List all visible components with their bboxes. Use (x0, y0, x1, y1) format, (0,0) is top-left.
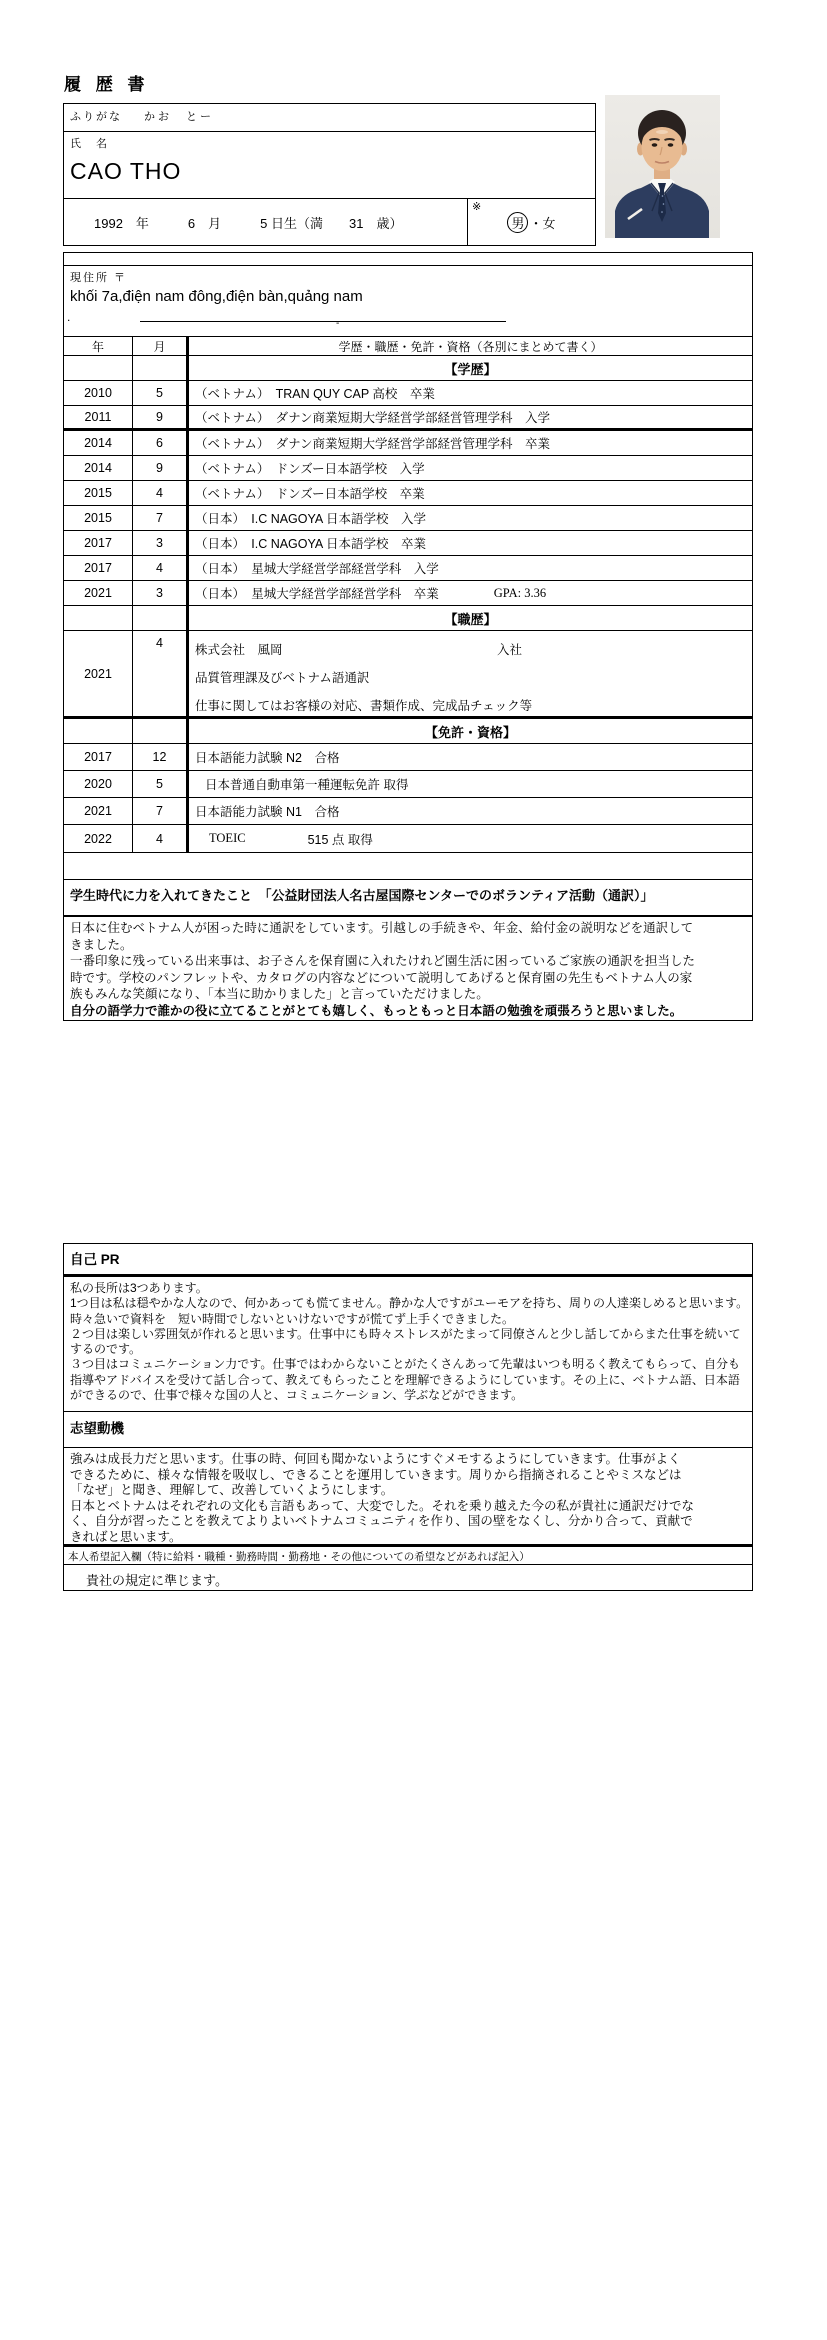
resume-page: 履 歴 書 ふりがなかお とー 氏 名 CAO THO 1992 年 6 月 5… (0, 0, 827, 2340)
furigana-label: ふりがな (70, 111, 122, 123)
month-cell: 4 (133, 556, 189, 580)
work-detail-line: 品質管理課及びベトナム語通訳 (195, 664, 752, 692)
paragraph-line: 一番印象に残っている出来事は、お子さんを保育園に入れたけれど園生活に困っているご… (70, 953, 746, 970)
table-row: 20149（ベトナム） ドンズー日本語学校 入学 (64, 456, 752, 481)
table-row: 20157（日本） I.C NAGOYA 日本語学校 入学 (64, 506, 752, 531)
entry-cell: 【学歴】 (189, 356, 752, 380)
year-cell: 2017 (64, 531, 133, 555)
month-cell: 3 (133, 581, 189, 605)
month-cell: 5 (133, 771, 189, 797)
paragraph-line: ができるので、仕事で様々な国の人と、コミュニケーション、学ぶなどができます。 (70, 1388, 746, 1403)
portrait-photo (605, 95, 720, 238)
address-value: khối 7a,điện nam đông,điện bàn,quảng nam (70, 288, 746, 305)
month-cell: 3 (133, 531, 189, 555)
entry-cell: 株式会社 風岡入社品質管理課及びベトナム語通訳仕事に関してはお客様の対応、書類作… (189, 631, 752, 716)
table-row: 20146（ベトナム） ダナン商業短期大学経営学部経営管理学科 卒業 (64, 431, 752, 456)
gender-female: 女 (543, 216, 556, 231)
table-row: 20119（ベトナム） ダナン商業短期大学経営学部経営管理学科 入学 (64, 406, 752, 431)
year-cell: 2015 (64, 481, 133, 505)
empty-row (63, 853, 753, 880)
year-cell: 2017 (64, 556, 133, 580)
furigana-row: ふりがなかお とー (64, 104, 595, 132)
year-cell: 2015 (64, 506, 133, 530)
motivation-paragraph: 強みは成長力だと思います。仕事の時、何回も聞かないようにすぐメモするようにしてい… (63, 1448, 753, 1547)
month-cell: 9 (133, 456, 189, 480)
gender-male-circled: 男 (507, 212, 528, 233)
gender-options: 男・女 (507, 212, 555, 233)
year-cell: 2022 (64, 825, 133, 852)
entry-cell: （ベトナム） ダナン商業短期大学経営学部経営管理学科 入学 (189, 406, 752, 428)
paragraph-line: ３つ目はコミュニケーション力です。仕事ではわからないことがたくさんあって先輩はい… (70, 1357, 746, 1372)
gender-cell: ※ 男・女 (468, 199, 595, 245)
table-header-row: 年 月 学歴・職歴・免許・資格（各別にまとめて書く） (64, 337, 752, 356)
entry-cell: （ベトナム） ドンズー日本語学校 卒業 (189, 481, 752, 505)
month-column-header: 月 (133, 337, 189, 355)
month-cell: 7 (133, 798, 189, 824)
paragraph-line: 日本に住むベトナム人が困った時に通訳をしています。引越しの手続きや、年金、給付金… (70, 920, 746, 937)
personal-request-label: 本人希望記入欄（特に給料・職種・勤務時間・勤務地・その他についての希望などがあれ… (63, 1547, 753, 1565)
gender-separator: ・ (529, 216, 542, 231)
paragraph-line: 時々急いで資料を 短い時間でしないといけないですが慌てず上手くできました。 (70, 1312, 746, 1327)
name-value: CAO THO (70, 158, 589, 185)
year-cell (64, 606, 133, 630)
entry-cell: （ベトナム） ドンズー日本語学校 入学 (189, 456, 752, 480)
spacer-row (63, 252, 753, 266)
paragraph-line: 日本とベトナムはそれぞれの文化も言語もあって、大変でした。それを乗り越えた今の私… (70, 1499, 746, 1515)
entry-cell: 日本普通自動車第一種運転免許 取得 (189, 771, 752, 797)
entry-cell: 日本語能力試験 N1 合格 (189, 798, 752, 824)
activity-section-header: 学生時代に力を入れてきたこと 「公益財団法人名古屋国際センターでのボランティア活… (63, 880, 753, 917)
paragraph-line: ２つ目は楽しい雰囲気が作れると思います。仕事中にも時々ストレスがたまって同僚さん… (70, 1327, 746, 1342)
furigana-value: かお とー (144, 111, 214, 123)
work-detail-line: 株式会社 風岡入社 (195, 636, 752, 664)
table-row: 20213（日本） 星城大学経営学部経営学科 卒業GPA: 3.36 (64, 581, 752, 606)
address-underline (140, 321, 506, 322)
work-detail-line: 仕事に関してはお客様の対応、書類作成、完成品チェック等 (195, 692, 752, 716)
entry-cell: （ベトナム） ダナン商業短期大学経営学部経営管理学科 卒業 (189, 431, 752, 455)
month-cell: 9 (133, 406, 189, 428)
entry-cell: （日本） 星城大学経営学部経営学科 入学 (189, 556, 752, 580)
year-cell: 2020 (64, 771, 133, 797)
table-row: 20205日本普通自動車第一種運転免許 取得 (64, 771, 752, 798)
forehead-highlight (656, 130, 668, 134)
year-cell (64, 356, 133, 380)
month-cell: 4 (133, 825, 189, 852)
month-cell: 12 (133, 744, 189, 770)
year-cell: 2021 (64, 798, 133, 824)
paragraph-line: 族もみんな笑顔になり、「本当に助かりました」と言っていただけました。 (70, 986, 746, 1003)
paragraph-line: 時です。学校のパンフレットや、カタログの内容などについて説明してあげると保育園の… (70, 970, 746, 987)
paragraph-line: 「なぜ」と聞き、理解して、改善していくようにします。 (70, 1483, 746, 1499)
year-cell (64, 719, 133, 743)
birthdate-text: 1992 年 6 月 5 日生（満 31 歳） (64, 199, 468, 245)
tie-dot (661, 211, 663, 213)
year-column-header: 年 (64, 337, 133, 355)
activity-bold-line: 自分の語学力で誰かの役に立てることがとても嬉しく、もっともっと日本語の勉強を頑張… (70, 1003, 746, 1020)
tie-dot (663, 203, 665, 205)
entry-cell: （日本） I.C NAGOYA 日本語学校 卒業 (189, 531, 752, 555)
table-section-row: 【職歴】 (64, 606, 752, 631)
table-row: 20214株式会社 風岡入社品質管理課及びベトナム語通訳仕事に関してはお客様の対… (64, 631, 752, 719)
table-row: 201712日本語能力試験 N2 合格 (64, 744, 752, 771)
activity-paragraph: 日本に住むベトナム人が困った時に通訳をしています。引越しの手続きや、年金、給付金… (63, 917, 753, 1021)
month-cell (133, 606, 189, 630)
address-box: 現住所 〒 khối 7a,điện nam đông,điện bàn,quả… (63, 265, 753, 337)
address-label: 現住所 〒 (70, 269, 746, 285)
year-cell: 2021 (64, 631, 133, 716)
paragraph-line: できるために、様々な情報を吸収し、できることを運用していきます。周りから指摘され… (70, 1468, 746, 1484)
stray-dash-mark: - (336, 318, 339, 329)
year-cell: 2021 (64, 581, 133, 605)
month-cell: 6 (133, 431, 189, 455)
paragraph-line: するのです。 (70, 1342, 746, 1357)
paragraph-line: 強みは成長力だと思います。仕事の時、何回も聞かないようにすぐメモするようにしてい… (70, 1452, 746, 1468)
paragraph-line: きればと思います。 (70, 1530, 746, 1546)
paragraph-line: 私の長所は3つあります。 (70, 1281, 746, 1296)
name-row: 氏 名 CAO THO (64, 132, 595, 199)
table-row: 20217日本語能力試験 N1 合格 (64, 798, 752, 825)
paragraph-line: 1つ目は私は穏やかな人なので、何かあっても慌てません。静かな人ですがユーモアを持… (70, 1296, 746, 1311)
entry-cell: 日本語能力試験 N2 合格 (189, 744, 752, 770)
month-cell: 7 (133, 506, 189, 530)
month-cell: 5 (133, 381, 189, 405)
table-section-row: 【免許・資格】 (64, 719, 752, 744)
eyebrow (665, 139, 675, 140)
stray-dot-mark: . (67, 310, 70, 324)
table-row: 20174（日本） 星城大学経営学部経営学科 入学 (64, 556, 752, 581)
year-cell: 2014 (64, 431, 133, 455)
name-table: ふりがなかお とー 氏 名 CAO THO 1992 年 6 月 5 日生（満 … (63, 103, 596, 246)
year-cell: 2011 (64, 406, 133, 428)
eye (652, 143, 658, 146)
name-label: 氏 名 (70, 135, 589, 151)
month-cell (133, 719, 189, 743)
entry-cell: 【免許・資格】 (189, 719, 752, 743)
personal-request-value: 貴社の規定に準じます。 (63, 1565, 753, 1591)
eyebrow (650, 139, 660, 140)
activity-lines: 日本に住むベトナム人が困った時に通訳をしています。引越しの手続きや、年金、給付金… (70, 920, 746, 1003)
eye (668, 143, 674, 146)
birth-gender-row: 1992 年 6 月 5 日生（満 31 歳） ※ 男・女 (64, 199, 595, 245)
gender-note-mark: ※ (472, 200, 481, 213)
year-cell: 2014 (64, 456, 133, 480)
year-cell: 2017 (64, 744, 133, 770)
tie-dot (662, 195, 664, 197)
table-row: 20154（ベトナム） ドンズー日本語学校 卒業 (64, 481, 752, 506)
entry-cell: 【職歴】 (189, 606, 752, 630)
paragraph-line: きました。 (70, 937, 746, 954)
table-section-row: 【学歴】 (64, 356, 752, 381)
main-column-header: 学歴・職歴・免許・資格（各別にまとめて書く） (189, 337, 752, 355)
paragraph-line: 指導やアドバイスを受けて話し合って、教えてもらったことを理解できるようにしていま… (70, 1373, 746, 1388)
paragraph-line: く、自分が習ったことを教えてよりよいベトナムコミュニティを作り、国の壁をなくし、… (70, 1514, 746, 1530)
self-pr-paragraph: 私の長所は3つあります。1つ目は私は穏やかな人なので、何かあっても慌てません。静… (63, 1277, 753, 1412)
table-row: 20173（日本） I.C NAGOYA 日本語学校 卒業 (64, 531, 752, 556)
month-cell: 4 (133, 481, 189, 505)
motivation-header: 志望動機 (63, 1412, 753, 1448)
table-row: 20105（ベトナム） TRAN QUY CAP 高校 卒業 (64, 381, 752, 406)
page-title: 履 歴 書 (64, 70, 149, 95)
month-cell (133, 356, 189, 380)
month-cell: 4 (133, 631, 189, 716)
entry-cell: （日本） I.C NAGOYA 日本語学校 入学 (189, 506, 752, 530)
entry-cell: （ベトナム） TRAN QUY CAP 高校 卒業 (189, 381, 752, 405)
entry-cell: TOEIC515 点 取得 (189, 825, 752, 852)
year-cell: 2010 (64, 381, 133, 405)
history-table: 年 月 学歴・職歴・免許・資格（各別にまとめて書く） 【学歴】20105（ベトナ… (63, 336, 753, 853)
table-row: 20224TOEIC515 点 取得 (64, 825, 752, 852)
self-pr-header: 自己 PR (63, 1243, 753, 1277)
entry-cell: （日本） 星城大学経営学部経営学科 卒業GPA: 3.36 (189, 581, 752, 605)
